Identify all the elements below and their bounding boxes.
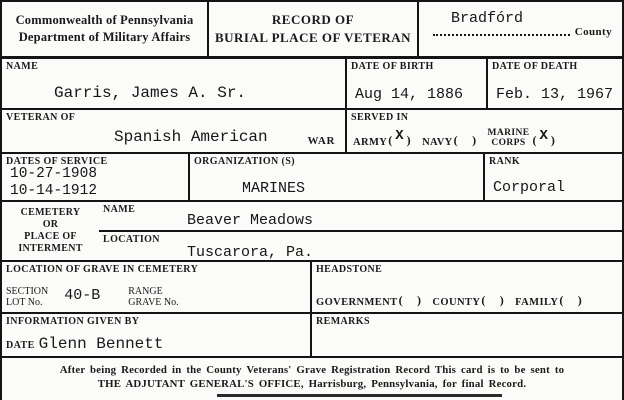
agency-header: Commonwealth of Pennsylvania Department … [2, 2, 209, 56]
navy-label: NAVY [422, 137, 453, 148]
war-service-row: VETERAN OF Spanish American WAR SERVED I… [2, 110, 622, 154]
family-label: FAMILY [515, 297, 558, 308]
grave-location-label: LOCATION OF GRAVE IN CEMETERY [2, 262, 310, 276]
information-given-by-field: INFORMATION GIVEN BY DATE Glenn Bennett [2, 314, 312, 356]
cemetery-location-value: Tuscarora, Pa. [187, 244, 313, 261]
county-label: County [575, 26, 612, 38]
name-label: NAME [2, 59, 345, 73]
county-checkbox-label: COUNTY [432, 297, 480, 308]
cemetery-location-field: LOCATION Tuscarora, Pa. [99, 232, 622, 260]
headstone-field: HEADSTONE GOVERNMENT ( ) COUNTY ( ) FAMI… [312, 262, 622, 312]
family-checkbox: FAMILY ( ) [515, 293, 583, 308]
veteran-of-label: VETERAN OF [2, 110, 345, 124]
footer-line-1: After being Recorded in the County Veter… [2, 363, 622, 377]
agency-line-2: Department of Military Affairs [19, 29, 191, 46]
remarks-label: REMARKS [312, 314, 622, 328]
headstone-checkboxes: GOVERNMENT ( ) COUNTY ( ) FAMILY ( ) [316, 293, 620, 308]
date-of-birth-label: DATE OF BIRTH [347, 59, 486, 73]
government-label: GOVERNMENT [316, 297, 398, 308]
date-of-birth-field: DATE OF BIRTH Aug 14, 1886 [347, 59, 488, 108]
agency-line-1: Commonwealth of Pennsylvania [16, 12, 194, 29]
paren-close: ) [551, 133, 555, 148]
grave-location-detail: SECTION LOT No. 40-B RANGE GRAVE No. [6, 286, 181, 308]
burial-record-card: Commonwealth of Pennsylvania Department … [0, 0, 624, 400]
paren-close: ) [407, 133, 411, 148]
interment-row: CEMETERY OR PLACE OF INTERMENT NAME Beav… [2, 202, 622, 262]
war-word-label: WAR [308, 135, 335, 147]
information-detail: DATE Glenn Bennett [6, 334, 163, 352]
county-dotted-rule [433, 34, 570, 36]
information-given-by-value: Glenn Bennett [39, 335, 164, 353]
veteran-of-value: Spanish American [114, 128, 268, 146]
service-date-to: 10-14-1912 [10, 183, 97, 200]
service-org-rank-row: DATES OF SERVICE 10-27-1908 10-14-1912 O… [2, 154, 622, 202]
county-checkbox: COUNTY ( ) [432, 293, 505, 308]
date-of-death-label: DATE OF DEATH [488, 59, 622, 73]
paren-open: ( [532, 133, 536, 148]
service-date-from: 10-27-1908 [10, 166, 97, 183]
grave-headstone-row: LOCATION OF GRAVE IN CEMETERY SECTION LO… [2, 262, 622, 314]
organization-field: ORGANIZATION (S) MARINES [190, 154, 485, 200]
paren-close: ) [500, 293, 504, 308]
interment-fields: NAME Beaver Meadows LOCATION Tuscarora, … [99, 202, 622, 260]
headstone-label: HEADSTONE [312, 262, 622, 276]
title-line-1: RECORD OF [272, 11, 354, 29]
footer-line-2: THE ADJUTANT GENERAL'S OFFICE, Harrisbur… [2, 377, 622, 391]
marine-corps-checkbox: MARINE CORPS ( X ) [487, 128, 556, 148]
county-value: Bradfórd [451, 10, 523, 27]
rank-value: Corporal [493, 179, 565, 196]
government-checkbox: GOVERNMENT ( ) [316, 293, 422, 308]
army-checkbox: ARMY ( X ) [353, 132, 412, 148]
range-label-line2: GRAVE No. [128, 297, 178, 308]
title-line-2: BURIAL PLACE OF VETERAN [215, 29, 411, 47]
paren-close: ) [578, 293, 582, 308]
cemetery-name-value: Beaver Meadows [187, 212, 313, 229]
rank-field: RANK Corporal [485, 154, 622, 200]
marine-label-line2: CORPS [491, 138, 525, 148]
marine-check-value: X [538, 128, 550, 144]
header-row: Commonwealth of Pennsylvania Department … [2, 2, 622, 59]
navy-checkbox: NAVY ( ) [422, 133, 477, 148]
veteran-of-field: VETERAN OF Spanish American WAR [2, 110, 347, 152]
section-lot-value: 40-B [64, 287, 100, 304]
info-remarks-row: INFORMATION GIVEN BY DATE Glenn Bennett … [2, 314, 622, 358]
info-date-label: DATE [6, 340, 35, 352]
served-in-field: SERVED IN ARMY ( X ) NAVY ( ) MARINE [347, 110, 622, 152]
rank-label: RANK [485, 154, 622, 168]
dates-of-service-value: 10-27-1908 10-14-1912 [10, 166, 97, 200]
date-of-birth-value: Aug 14, 1886 [355, 86, 463, 103]
marine-corps-label: MARINE CORPS [487, 128, 529, 148]
organization-value: MARINES [242, 180, 305, 197]
date-of-death-value: Feb. 13, 1967 [496, 86, 613, 103]
paren-open: ( [454, 133, 458, 148]
paren-close: ) [417, 293, 421, 308]
interment-label-line3: PLACE OF [24, 231, 77, 243]
range-label-line1: RANGE [128, 286, 162, 297]
dates-of-service-field: DATES OF SERVICE 10-27-1908 10-14-1912 [2, 154, 190, 200]
interment-label-line4: INTERMENT [18, 243, 82, 255]
bottom-edge-mark [217, 394, 502, 397]
paren-open: ( [388, 133, 392, 148]
army-check-value: X [394, 128, 406, 144]
branch-checkboxes: ARMY ( X ) NAVY ( ) MARINE CORPS ( [353, 128, 620, 148]
section-label-line1: SECTION [6, 286, 48, 297]
name-dates-row: NAME Garris, James A. Sr. DATE OF BIRTH … [2, 59, 622, 110]
paren-close: ) [472, 133, 476, 148]
interment-label-line2: OR [43, 219, 59, 231]
interment-label-block: CEMETERY OR PLACE OF INTERMENT [2, 202, 99, 260]
name-value: Garris, James A. Sr. [54, 84, 246, 102]
organization-label: ORGANIZATION (S) [190, 154, 483, 168]
paren-open: ( [559, 293, 563, 308]
name-field: NAME Garris, James A. Sr. [2, 59, 347, 108]
information-given-by-label: INFORMATION GIVEN BY [2, 314, 310, 328]
cemetery-name-field: NAME Beaver Meadows [99, 202, 622, 232]
paren-open: ( [481, 293, 485, 308]
card-title: RECORD OF BURIAL PLACE OF VETERAN [209, 2, 419, 56]
grave-location-field: LOCATION OF GRAVE IN CEMETERY SECTION LO… [2, 262, 312, 312]
date-of-death-field: DATE OF DEATH Feb. 13, 1967 [488, 59, 622, 108]
cemetery-name-label: NAME [99, 202, 622, 216]
cemetery-location-label: LOCATION [99, 232, 622, 246]
section-lot-label: SECTION LOT No. [6, 286, 48, 308]
paren-open: ( [399, 293, 403, 308]
marine-label-line1: MARINE [487, 128, 529, 138]
served-in-label: SERVED IN [347, 110, 622, 124]
remarks-field: REMARKS [312, 314, 622, 356]
interment-label-line1: CEMETERY [21, 207, 81, 219]
range-grave-label: RANGE GRAVE No. [128, 286, 178, 308]
county-field: Bradfórd County [419, 2, 622, 56]
section-label-line2: LOT No. [6, 297, 42, 308]
army-label: ARMY [353, 137, 387, 148]
